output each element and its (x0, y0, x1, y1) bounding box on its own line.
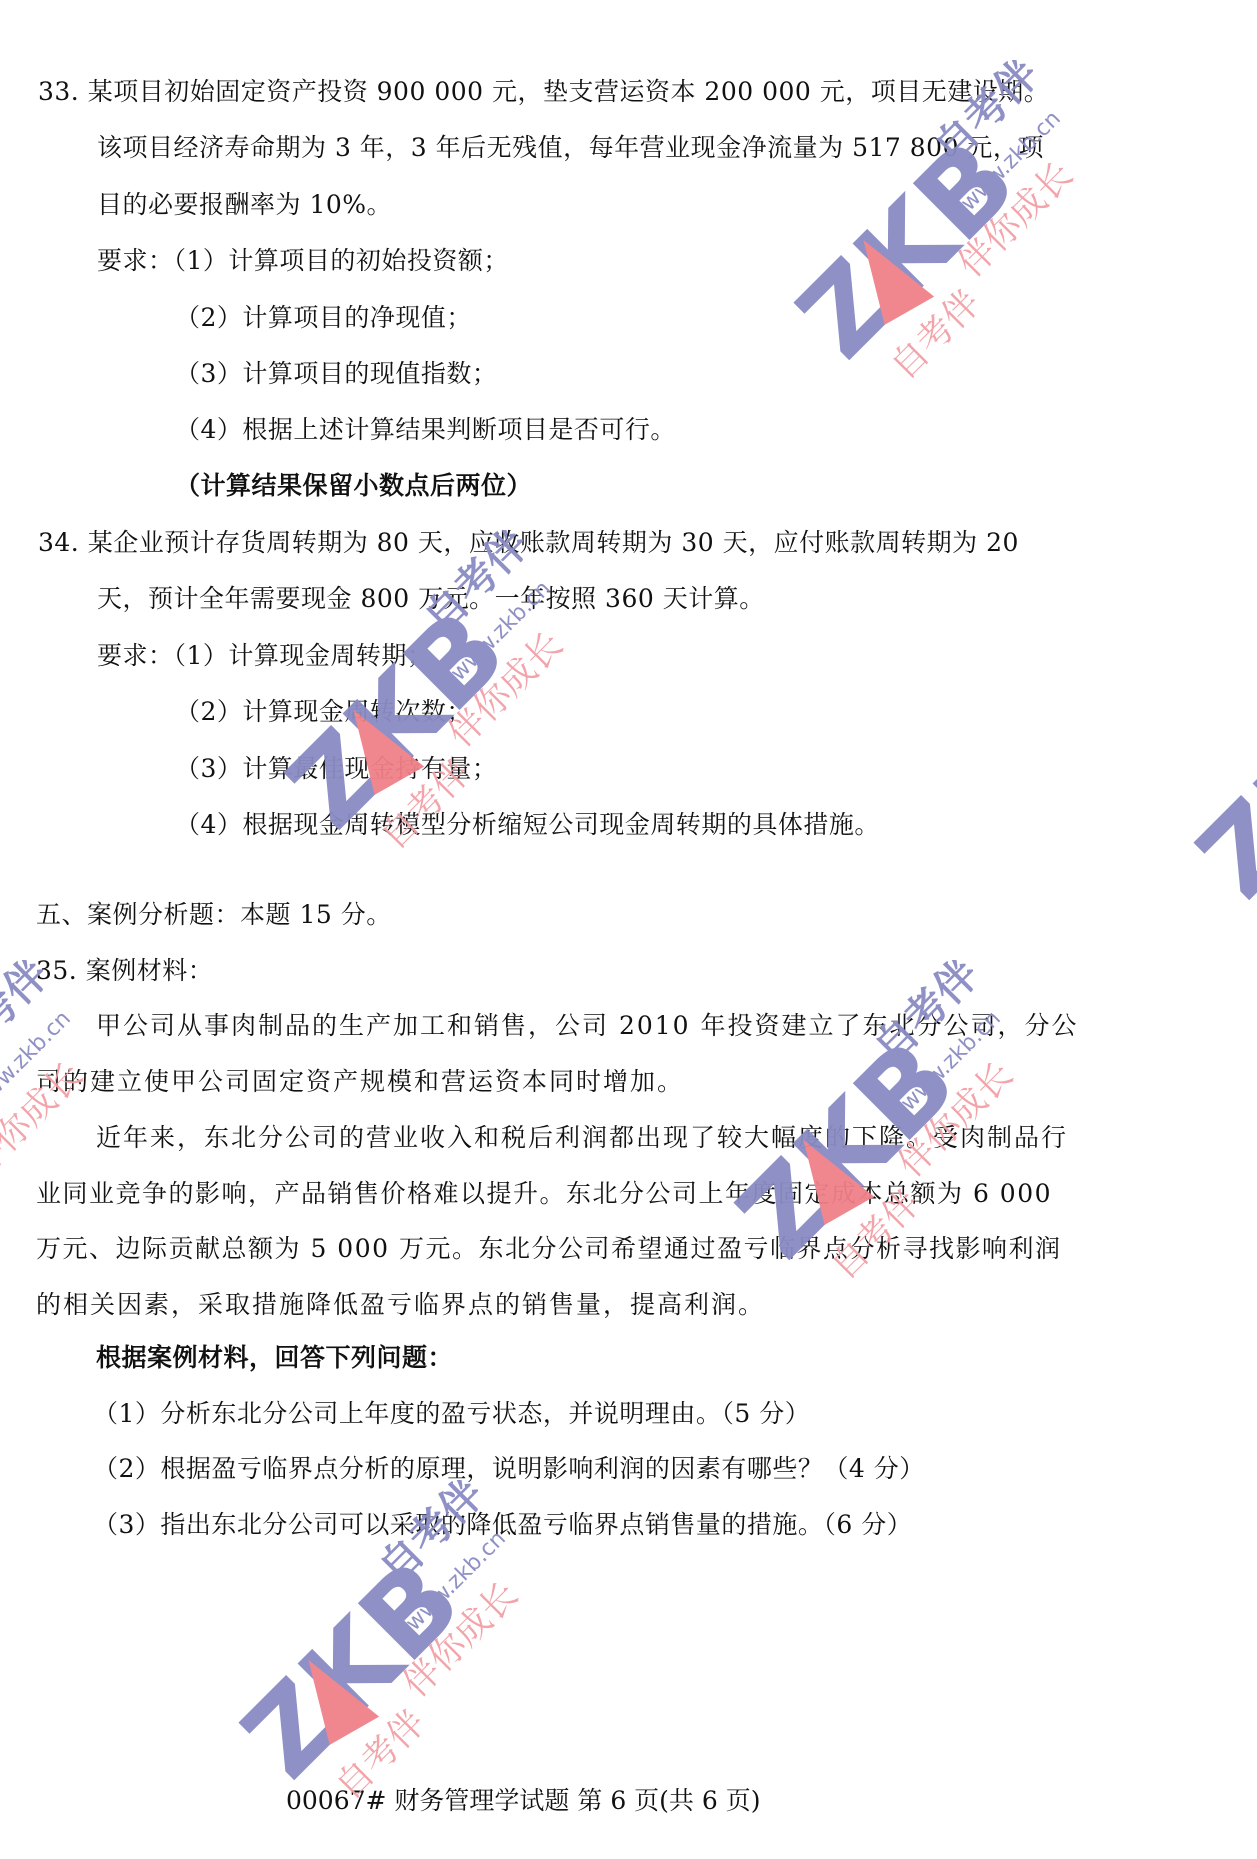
svg-text:自考伴: 自考伴 (883, 282, 988, 387)
watermark-logo-icon: ZKB 自考伴 www.zkb.cn 伴你成长 自考伴 (740, 60, 1100, 420)
watermark-logo-icon: ZKB 自考伴 (1140, 600, 1257, 960)
q35-question-2: （2）根据盈亏临界点分析的原理，说明影响利润的因素有哪些？（4 分） (93, 1454, 925, 1484)
q33-requirement-2: （2）计算项目的净现值； (175, 303, 472, 333)
q35-paragraph-2-line-1: 近年来，东北分公司的营业收入和税后利润都出现了较大幅度的下降。受肉制品行 (96, 1123, 1068, 1153)
q35-title: 35. 案例材料： (36, 956, 213, 986)
q33-line-1: 33. 某项目初始固定资产投资 900 000 元，垫支营运资本 200 000… (38, 77, 1049, 107)
svg-text:www.zkb.cn: www.zkb.cn (0, 1006, 76, 1116)
q35-question-1: （1）分析东北分公司上年度的盈亏状态，并说明理由。（5 分） (93, 1399, 810, 1429)
q35-paragraph-1-line-1: 甲公司从事肉制品的生产加工和销售，公司 2010 年投资建立了东北分公司，分公 (96, 1011, 1079, 1041)
q34-line-2: 天，预计全年需要现金 800 万元。一年按照 360 天计算。 (97, 584, 765, 614)
q33-requirement-1: 要求：（1）计算项目的初始投资额； (97, 246, 509, 276)
q33-rounding-note: （计算结果保留小数点后两位） (175, 471, 532, 501)
q33-line-3: 目的必要报酬率为 10%。 (97, 190, 392, 220)
svg-text:伴你成长: 伴你成长 (395, 1574, 526, 1705)
q35-paragraph-2-line-3: 万元、边际贡献总额为 5 000 万元。东北分公司希望通过盈亏临界点分析寻找影响… (36, 1234, 1061, 1264)
svg-text:伴你成长: 伴你成长 (890, 1054, 1021, 1185)
q34-requirement-3: （3）计算最佳现金持有量； (175, 754, 497, 784)
q35-paragraph-2-line-4: 的相关因素，采取措施降低盈亏临界点的销售量，提高利润。 (36, 1290, 765, 1320)
q34-requirement-1: 要求：（1）计算现金周转期； (97, 641, 432, 671)
q35-question-3: （3）指出东北分公司可以采取的降低盈亏临界点销售量的措施。（6 分） (93, 1510, 912, 1540)
q35-paragraph-1-line-2: 司的建立使甲公司固定资产规模和营运资本同时增加。 (36, 1067, 684, 1097)
page-footer: 00067# 财务管理学试题 第 6 页(共 6 页) (286, 1786, 760, 1816)
svg-text:ZKB: ZKB (219, 1536, 485, 1802)
q34-requirement-4: （4）根据现金周转模型分析缩短公司现金周转期的具体措施。 (175, 810, 880, 840)
svg-text:伴你成长: 伴你成长 (440, 624, 571, 755)
svg-text:www.zkb.cn: www.zkb.cn (401, 1526, 511, 1636)
watermark-logo-icon: 自考伴 www.zkb.cn 伴你成长 (0, 960, 110, 1320)
q33-requirement-3: （3）计算项目的现值指数； (175, 359, 497, 389)
q34-line-1: 34. 某企业预计存货周转期为 80 天，应收账款周转期为 30 天，应付账款周… (38, 528, 1019, 558)
exam-page: 33. 某项目初始固定资产投资 900 000 元，垫支营运资本 200 000… (0, 0, 1257, 1859)
svg-text:ZKB: ZKB (1174, 656, 1257, 922)
q33-line-2: 该项目经济寿命期为 3 年，3 年后无残值，每年营业现金净流量为 517 800… (97, 133, 1044, 163)
q34-requirement-2: （2）计算现金周转次数； (175, 697, 472, 727)
svg-text:伴你成长: 伴你成长 (950, 154, 1081, 285)
q35-paragraph-2-line-2: 业同业竞争的影响，产品销售价格难以提升。东北分公司上年度固定成本总额为 6 00… (36, 1179, 1052, 1209)
q33-requirement-4: （4）根据上述计算结果判断项目是否可行。 (175, 415, 676, 445)
q35-prompt: 根据案例材料，回答下列问题： (96, 1343, 453, 1373)
section-5-heading: 五、案例分析题：本题 15 分。 (36, 900, 392, 930)
